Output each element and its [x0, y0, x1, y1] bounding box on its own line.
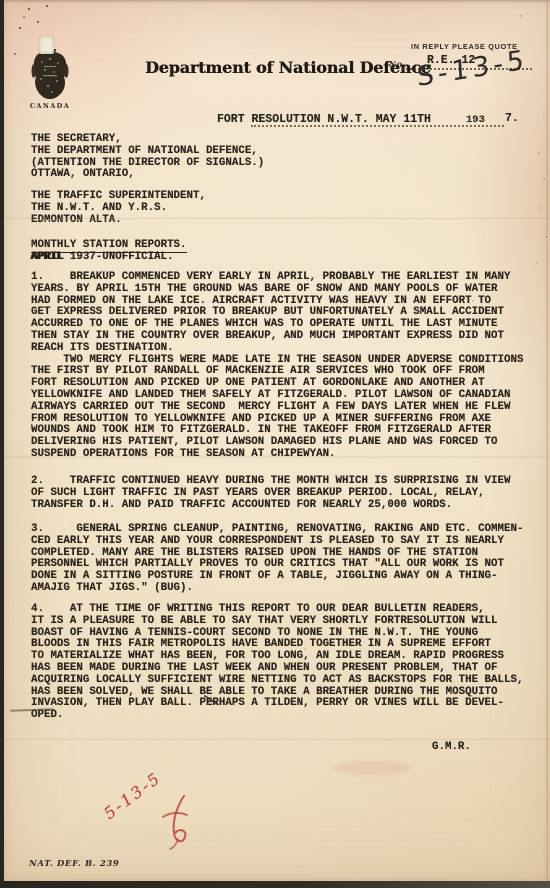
paragraph-3: 3. GENERAL SPRING CLEANUP, PAINTING, REN…: [31, 524, 523, 595]
paragraph-4: 4. AT THE TIME OF WRITING THIS REPORT TO…: [31, 604, 523, 722]
dateline-year-typed: 7.: [505, 113, 519, 125]
signature-initials: G.M.R.: [432, 742, 471, 754]
handwritten-initials-squiggle: [154, 793, 198, 851]
subject-subtitle: APRIL 1937-UNOFFICIAL.: [31, 252, 174, 264]
handwritten-file-number: S-13-5: [416, 44, 528, 93]
addressee-traffic-superintendent: THE TRAFFIC SUPERINTENDENT, THE N.W.T. A…: [31, 191, 206, 226]
dateline-year-printed: 193: [466, 115, 485, 127]
form-number: NAT. DEF. B. 239: [29, 859, 119, 869]
paper-right-edge: [546, 0, 548, 881]
letter-paper: CANADA Department of National Defence IN…: [4, 0, 550, 881]
letterhead-title: Department of National Defence: [145, 58, 431, 77]
addressee-secretary: THE SECRETARY, THE DEPARTMENT OF NATIONA…: [31, 134, 264, 181]
paper-top-edge-shadow: [4, 0, 550, 3]
punch-hole: [39, 36, 54, 54]
crest-caption: CANADA: [24, 102, 76, 110]
canada-coat-of-arms-icon: [30, 48, 70, 102]
scanned-letter: CANADA Department of National Defence IN…: [0, 0, 550, 888]
ink-bleed-smudge: [334, 761, 410, 775]
subject-month: APRIL: [31, 251, 63, 263]
subject-rest: 1937-UNOFFICIAL.: [63, 251, 173, 263]
paragraph-2: 2. TRAFFIC CONTINUED HEAVY DURING THE MO…: [31, 476, 510, 511]
paragraph-1: 1. BREAKUP COMMENCED VERY EARLY IN APRIL…: [31, 272, 523, 461]
